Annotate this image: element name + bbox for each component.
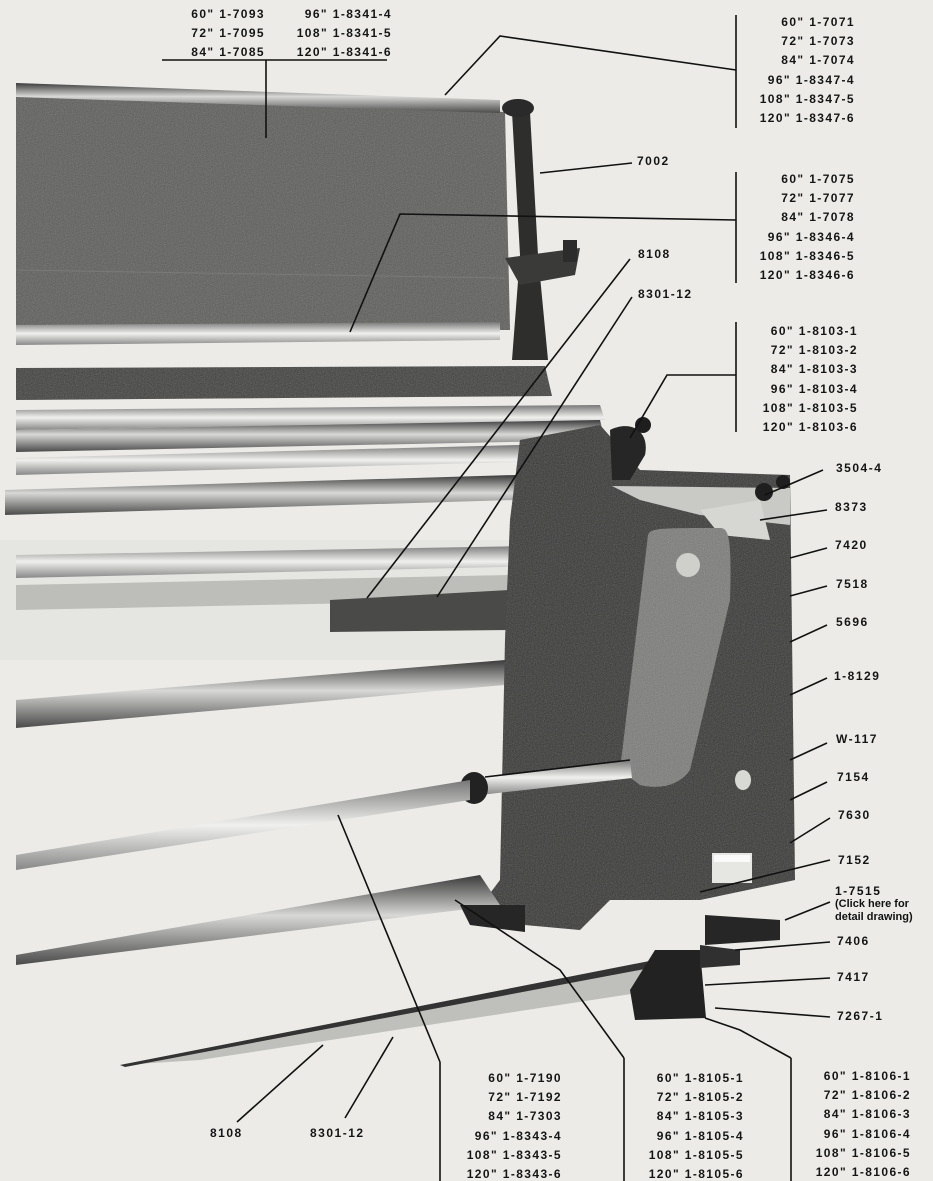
part-number: 96" 1-8103-4	[740, 380, 858, 399]
part-number: 120" 1-8105-6	[628, 1165, 744, 1181]
part-number: 84" 1-7085	[155, 43, 265, 62]
part-number: 108" 1-8103-5	[740, 399, 858, 418]
part-number: 60" 1-7071	[740, 13, 855, 32]
part-number: 60" 1-7075	[740, 170, 855, 189]
part-label-8301-12-top: 8301-12	[638, 285, 693, 304]
part-number: 84" 1-7074	[740, 51, 855, 70]
part-group-top-rod: 60" 1-7071 72" 1-7073 84" 1-7074 96" 1-8…	[740, 13, 855, 128]
part-number: 60" 1-7190	[446, 1069, 562, 1088]
part-number: 72" 1-7073	[740, 32, 855, 51]
part-label-7417: 7417	[837, 968, 870, 987]
part-number: 108" 1-8106-5	[795, 1144, 911, 1163]
part-label-w-117: W-117	[836, 730, 878, 749]
detail-link-text[interactable]: (Click here for	[835, 898, 913, 911]
part-number: 72" 1-7077	[740, 189, 855, 208]
part-number: 84" 1-8106-3	[795, 1105, 911, 1124]
part-group-bracket: 60" 1-8103-1 72" 1-8103-2 84" 1-8103-3 9…	[740, 322, 858, 437]
part-number: 60" 1-8106-1	[795, 1067, 911, 1086]
part-label-7267-1: 7267-1	[837, 1007, 883, 1026]
part-label-3504-4: 3504-4	[836, 459, 882, 478]
part-number: 96" 1-8341-4	[270, 5, 392, 24]
parts-diagram: 60" 1-7093 72" 1-7095 84" 1-7085 96" 1-8…	[0, 0, 933, 1181]
part-number: 72" 1-7095	[155, 24, 265, 43]
part-number: 120" 1-8346-6	[740, 266, 855, 285]
part-label-7630: 7630	[838, 806, 871, 825]
part-label-8301-12-bottom: 8301-12	[310, 1124, 365, 1143]
part-number: 108" 1-8346-5	[740, 247, 855, 266]
part-number: 72" 1-8105-2	[628, 1088, 744, 1107]
part-label-7152: 7152	[838, 851, 871, 870]
part-number: 84" 1-8105-3	[628, 1107, 744, 1126]
part-label-7002: 7002	[637, 152, 670, 171]
part-number: 84" 1-7303	[446, 1107, 562, 1126]
detail-drawing-link-1-7515[interactable]: 1-7515 (Click here for detail drawing)	[835, 885, 913, 924]
part-number: 120" 1-8103-6	[740, 418, 858, 437]
part-number: 108" 1-8343-5	[446, 1146, 562, 1165]
part-number: 120" 1-8343-6	[446, 1165, 562, 1181]
part-number: 60" 1-8103-1	[740, 322, 858, 341]
part-number: 120" 1-8341-6	[270, 43, 392, 62]
part-number: 96" 1-8346-4	[740, 228, 855, 247]
part-label-7406: 7406	[837, 932, 870, 951]
part-group-top-left-a: 60" 1-7093 72" 1-7095 84" 1-7085	[155, 5, 265, 63]
part-group-base-foot: 60" 1-8106-1 72" 1-8106-2 84" 1-8106-3 9…	[795, 1067, 911, 1181]
part-label-1-8129: 1-8129	[834, 667, 880, 686]
part-label-7420: 7420	[835, 536, 868, 555]
part-number: 84" 1-7078	[740, 208, 855, 227]
part-number: 60" 1-7093	[155, 5, 265, 24]
part-group-base-rail: 60" 1-8105-1 72" 1-8105-2 84" 1-8105-3 9…	[628, 1069, 744, 1181]
detail-link-text[interactable]: detail drawing)	[835, 911, 913, 924]
part-number: 120" 1-8106-6	[795, 1163, 911, 1181]
part-number: 108" 1-8105-5	[628, 1146, 744, 1165]
part-label-5696: 5696	[836, 613, 869, 632]
part-number: 72" 1-8103-2	[740, 341, 858, 360]
part-label-7154: 7154	[837, 768, 870, 787]
part-label-8108-top: 8108	[638, 245, 671, 264]
part-number: 96" 1-8106-4	[795, 1125, 911, 1144]
part-label-7518: 7518	[836, 575, 869, 594]
part-label-1-7515[interactable]: 1-7515	[835, 885, 913, 898]
part-group-lower-rod: 60" 1-7075 72" 1-7077 84" 1-7078 96" 1-8…	[740, 170, 855, 285]
part-number: 72" 1-8106-2	[795, 1086, 911, 1105]
part-label-8373: 8373	[835, 498, 868, 517]
part-group-top-left-b: 96" 1-8341-4 108" 1-8341-5 120" 1-8341-6	[270, 5, 392, 63]
part-number: 108" 1-8341-5	[270, 24, 392, 43]
part-number: 96" 1-8105-4	[628, 1127, 744, 1146]
part-number: 120" 1-8347-6	[740, 109, 855, 128]
part-group-shaft: 60" 1-7190 72" 1-7192 84" 1-7303 96" 1-8…	[446, 1069, 562, 1181]
part-number: 108" 1-8347-5	[740, 90, 855, 109]
part-number: 60" 1-8105-1	[628, 1069, 744, 1088]
part-number: 96" 1-8347-4	[740, 71, 855, 90]
part-label-8108-bottom: 8108	[210, 1124, 243, 1143]
part-number: 72" 1-7192	[446, 1088, 562, 1107]
part-number: 84" 1-8103-3	[740, 360, 858, 379]
part-number: 96" 1-8343-4	[446, 1127, 562, 1146]
